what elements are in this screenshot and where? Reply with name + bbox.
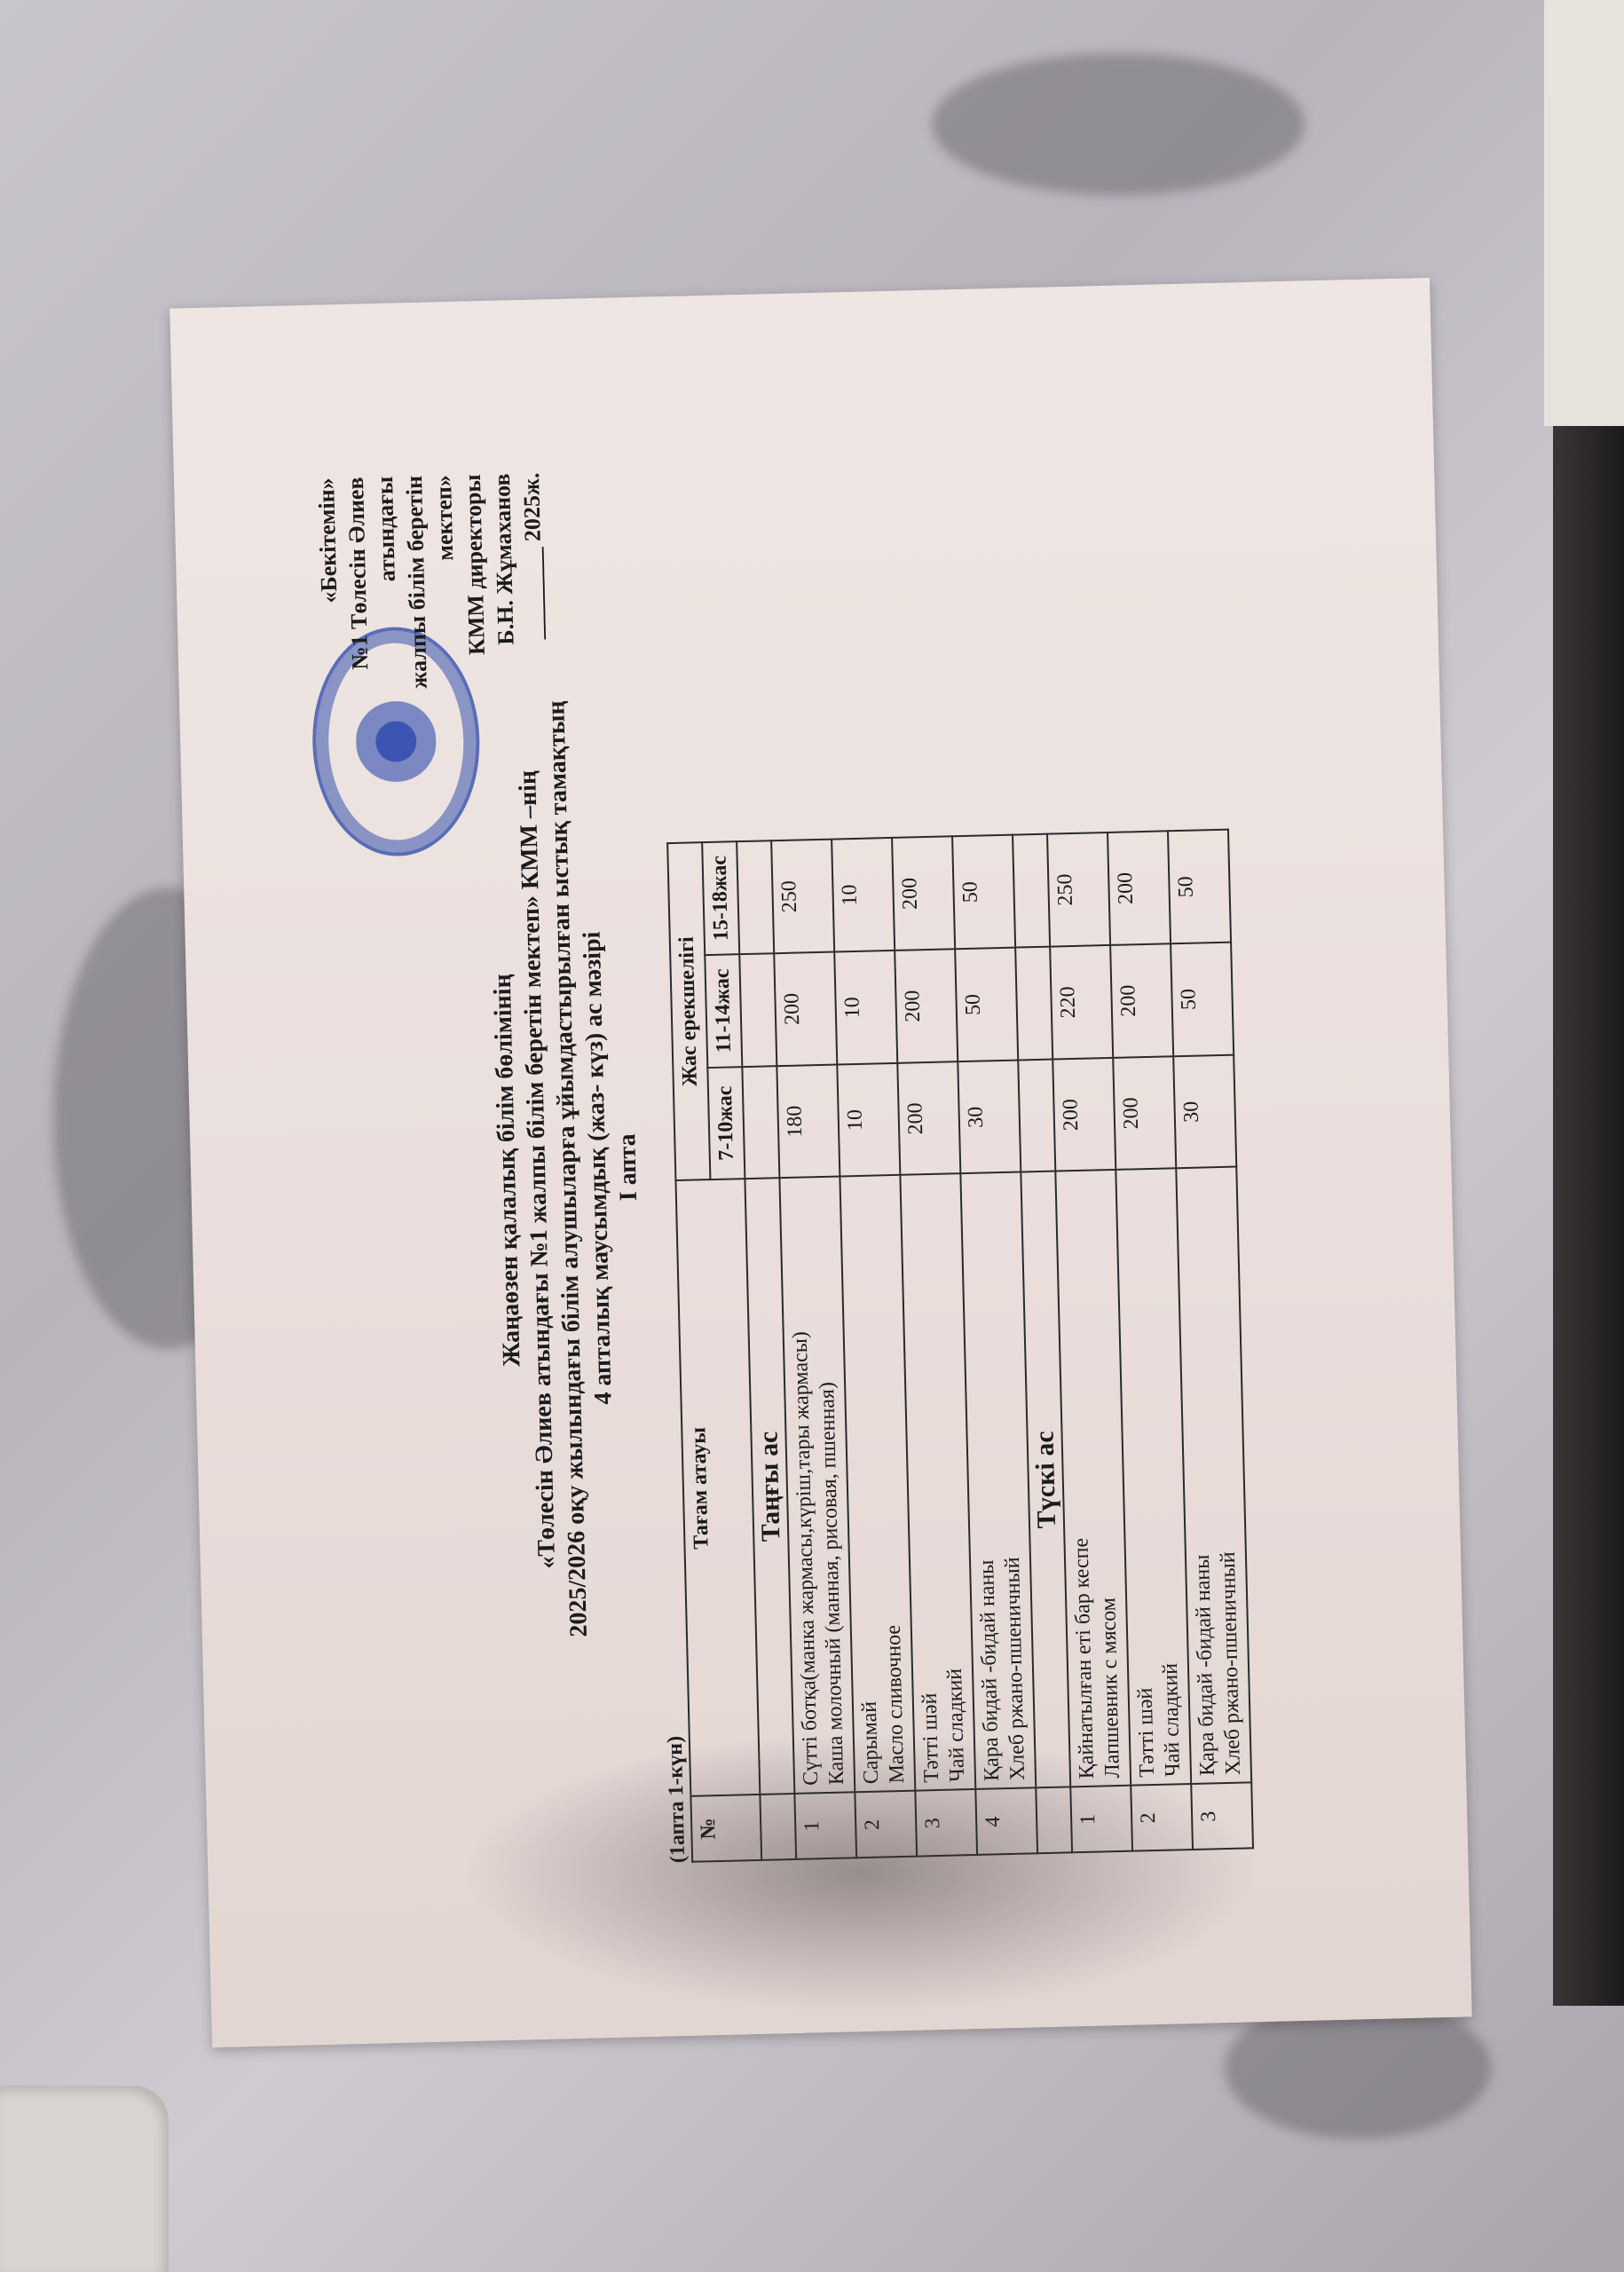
portion-15-18: 200	[1108, 831, 1171, 944]
menu-page: «Бекітемін» №1 Төлесін Әлиев атындағы жа…	[284, 418, 1358, 1907]
portion-15-18: 200	[892, 836, 955, 950]
portion-11-14: 10	[834, 951, 897, 1064]
portion-11-14: 50	[955, 947, 1018, 1061]
portion-11-14: 200	[1110, 943, 1173, 1057]
dark-object-edge	[1553, 426, 1624, 2006]
marble-vein	[932, 53, 1305, 195]
portion-7-10: 200	[1052, 1058, 1116, 1171]
portion-11-14: 220	[1050, 945, 1113, 1059]
portion-7-10: 10	[837, 1062, 900, 1176]
portion-7-10: 200	[1113, 1056, 1176, 1170]
portion-7-10: 200	[897, 1061, 960, 1175]
document-title: Жаңаөзен қалалық білім бөлімінің «Төлесі…	[475, 435, 661, 1903]
approval-line: жалпы білім беретін мектеп»	[399, 475, 465, 769]
wall-tile	[1544, 0, 1624, 426]
portion-15-18: 250	[771, 840, 834, 953]
portion-7-10: 30	[958, 1060, 1021, 1173]
section-empty-cell	[737, 840, 774, 954]
hand-shadow	[461, 1731, 1260, 2015]
section-empty-cell	[1015, 946, 1052, 1060]
portion-11-14: 200	[895, 949, 958, 1062]
portion-15-18: 50	[1168, 830, 1231, 943]
sink-corner	[0, 2086, 169, 2272]
header-age-15-18: 15-18жас	[702, 841, 739, 955]
portion-15-18: 10	[832, 838, 895, 951]
portion-11-14: 200	[774, 951, 837, 1065]
portion-15-18: 50	[952, 835, 1015, 949]
portion-11-14: 50	[1171, 942, 1234, 1055]
header-age-7-10: 7-10жас	[707, 1067, 745, 1180]
section-empty-cell	[742, 1066, 779, 1179]
menu-table: № Тағам атауы Жас ерекшелігі 7-10жас 11-…	[666, 829, 1254, 1863]
section-empty-cell	[1018, 1059, 1055, 1172]
portion-7-10: 180	[777, 1064, 840, 1178]
portion-7-10: 30	[1173, 1054, 1236, 1168]
section-empty-cell	[739, 953, 777, 1067]
approval-line: №1 Төлесін Әлиев атындағы	[341, 476, 406, 770]
section-empty-cell	[1013, 834, 1050, 948]
portion-15-18: 250	[1047, 832, 1110, 946]
header-age-11-14: 11-14жас	[705, 954, 742, 1068]
